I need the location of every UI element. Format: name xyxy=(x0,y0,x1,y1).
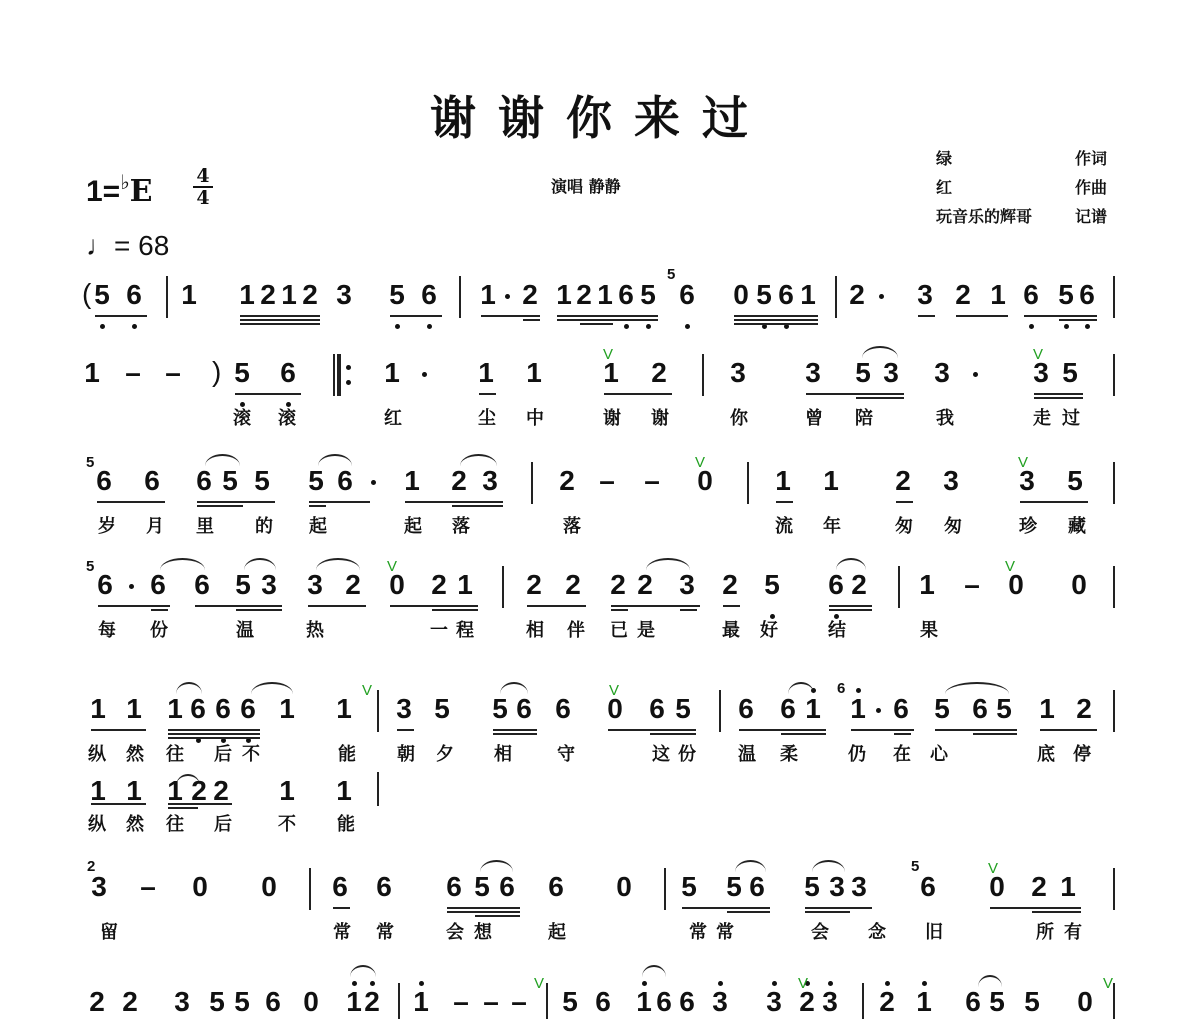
key-signature: 1=♭E xyxy=(86,170,153,209)
note: 5 xyxy=(762,570,782,600)
lyric-char: 守 xyxy=(557,740,575,766)
note: 2 xyxy=(1074,694,1094,724)
low-octave-dot xyxy=(427,324,432,329)
beam-underline xyxy=(397,729,414,731)
augmentation-dot xyxy=(876,708,881,713)
beam-underline xyxy=(475,915,520,917)
note: 6 xyxy=(736,694,756,724)
note: 6 xyxy=(278,358,298,388)
note: – xyxy=(597,466,617,496)
high-octave-dot xyxy=(642,981,647,986)
beam-underline xyxy=(168,733,260,735)
note: 3 xyxy=(820,987,840,1017)
beam-underline xyxy=(309,501,370,503)
grace-note: 5 xyxy=(86,454,94,471)
note: 5 xyxy=(490,694,510,724)
augmentation-dot xyxy=(879,294,884,299)
barline xyxy=(1113,354,1115,396)
note: 2 xyxy=(847,280,867,310)
beam-underline xyxy=(734,315,818,317)
note: 1 xyxy=(334,776,354,806)
lyric-char: 我 xyxy=(936,404,954,430)
note: 1 xyxy=(402,466,422,496)
note: 1 xyxy=(344,987,364,1017)
note: 2 xyxy=(211,776,231,806)
beam-underline xyxy=(240,315,320,317)
note: 1 xyxy=(279,280,299,310)
note: 6 xyxy=(142,466,162,496)
note: 5 xyxy=(638,280,658,310)
note: 6 xyxy=(891,694,911,724)
note: 5 xyxy=(853,358,873,388)
note: – xyxy=(451,987,471,1017)
note: 1 xyxy=(88,694,108,724)
note: 6 xyxy=(444,872,464,902)
note: 2 xyxy=(563,570,583,600)
lyric-char: 里 xyxy=(196,512,214,538)
quarter-note-icon: ♩ xyxy=(86,230,114,261)
high-octave-dot xyxy=(828,981,833,986)
note: 2 xyxy=(557,466,577,496)
note: 6 xyxy=(419,280,439,310)
close-parenthesis: ) xyxy=(212,356,221,388)
note: 5 xyxy=(92,280,112,310)
note: 1 xyxy=(124,694,144,724)
note: 6 xyxy=(238,694,258,724)
note: 6 xyxy=(1021,280,1041,310)
note: 6 xyxy=(188,694,208,724)
low-octave-dot xyxy=(624,324,629,329)
note: 5 xyxy=(673,694,693,724)
slur-arc xyxy=(978,975,1002,987)
beam-underline xyxy=(240,323,320,325)
breath-mark-icon: V xyxy=(609,682,619,699)
note: 2 xyxy=(877,987,897,1017)
lyric-char: 有 xyxy=(1064,918,1082,944)
note: 6 xyxy=(747,872,767,902)
note: 6 xyxy=(94,466,114,496)
lyric-char: 朝 xyxy=(397,740,415,766)
note: 3 xyxy=(932,358,952,388)
barline xyxy=(1113,868,1115,910)
beam-underline xyxy=(604,393,672,395)
note: – xyxy=(123,358,143,388)
beam-underline xyxy=(405,501,503,503)
slur-arc xyxy=(480,860,513,872)
beam-underline xyxy=(829,609,872,611)
lyric-char: 匆 xyxy=(944,512,962,538)
beam-underline xyxy=(168,807,198,809)
lyric-char: 落 xyxy=(452,512,470,538)
note: 1 xyxy=(455,570,475,600)
beam-underline xyxy=(956,315,1008,317)
note: 6 xyxy=(970,694,990,724)
beam-underline xyxy=(611,609,628,611)
lyric-char: 柔 xyxy=(780,740,798,766)
lyric-char: 旧 xyxy=(925,918,943,944)
note: 6 xyxy=(553,694,573,724)
note: 6 xyxy=(677,280,697,310)
high-octave-dot xyxy=(718,981,723,986)
beam-underline xyxy=(935,729,1017,731)
slur-arc xyxy=(460,454,497,466)
barline xyxy=(398,983,400,1019)
beam-underline xyxy=(990,907,1081,909)
note: 5 xyxy=(233,570,253,600)
lyric-char: 红 xyxy=(384,404,402,430)
breath-mark-icon: V xyxy=(1018,454,1028,471)
lyric-char: 所 xyxy=(1036,918,1054,944)
lyric-char: 底 xyxy=(1037,740,1055,766)
high-octave-dot xyxy=(885,981,890,986)
note: 6 xyxy=(778,694,798,724)
note: 6 xyxy=(918,872,938,902)
slur-arc xyxy=(350,965,376,977)
lyric-char: 温 xyxy=(236,616,254,642)
augmentation-dot xyxy=(129,584,134,589)
beam-underline xyxy=(98,605,170,607)
note: 5 xyxy=(1060,358,1080,388)
barline xyxy=(664,868,666,910)
beam-underline xyxy=(557,315,658,317)
note: 2 xyxy=(300,280,320,310)
low-octave-dot xyxy=(1029,324,1034,329)
note: 6 xyxy=(514,694,534,724)
note: – xyxy=(642,466,662,496)
note: 2 xyxy=(520,280,540,310)
note: 1 xyxy=(277,694,297,724)
beam-underline xyxy=(197,505,243,507)
note: 2 xyxy=(429,570,449,600)
lyric-char: 伴 xyxy=(567,616,585,642)
note: 5 xyxy=(994,694,1014,724)
note: 3 xyxy=(849,872,869,902)
note: 5 xyxy=(932,694,952,724)
lyric-char: 念 xyxy=(868,918,886,944)
note: 1 xyxy=(1037,694,1057,724)
note: 2 xyxy=(649,358,669,388)
lyric-char: 留 xyxy=(100,918,118,944)
high-octave-dot xyxy=(772,981,777,986)
note: 3 xyxy=(941,466,961,496)
note: 1 xyxy=(124,776,144,806)
lyric-char: 过 xyxy=(1062,404,1080,430)
beam-underline xyxy=(1059,319,1097,321)
beam-underline xyxy=(739,729,826,731)
lyric-char: 果 xyxy=(920,616,938,642)
note: – xyxy=(163,358,183,388)
note: 3 xyxy=(677,570,697,600)
high-octave-dot xyxy=(352,981,357,986)
barline xyxy=(1113,276,1115,318)
note: 3 xyxy=(881,358,901,388)
note: 1 xyxy=(165,694,185,724)
beam-underline xyxy=(452,505,503,507)
note: 6 xyxy=(1077,280,1097,310)
slur-arc xyxy=(318,454,352,466)
note: 1 xyxy=(554,280,574,310)
barline xyxy=(502,566,504,608)
note: 6 xyxy=(963,987,983,1017)
beam-underline xyxy=(557,319,658,321)
beam-underline xyxy=(481,315,540,317)
note: 2 xyxy=(189,776,209,806)
note: 3 xyxy=(803,358,823,388)
barline xyxy=(898,566,900,608)
beam-underline xyxy=(479,393,496,395)
beam-underline xyxy=(829,605,872,607)
lyric-char: 往 xyxy=(166,810,184,836)
lyric-char: 的 xyxy=(255,512,273,538)
lyric-char: 起 xyxy=(309,512,327,538)
slur-arc xyxy=(812,860,845,872)
grace-note: 5 xyxy=(86,558,94,575)
note: 5 xyxy=(232,358,252,388)
lyric-char: 常 xyxy=(333,918,351,944)
note: 6 xyxy=(593,987,613,1017)
note: 1 xyxy=(476,358,496,388)
note: – xyxy=(481,987,501,1017)
note: 1 xyxy=(277,776,297,806)
barline xyxy=(377,690,379,732)
breath-mark-icon: V xyxy=(1103,975,1113,992)
beam-underline xyxy=(608,729,696,731)
tempo-marking: ♩= 68 xyxy=(86,230,169,262)
beam-underline xyxy=(308,605,366,607)
lyric-char: 仍 xyxy=(848,740,866,766)
low-octave-dot xyxy=(1064,324,1069,329)
note: 0 xyxy=(301,987,321,1017)
beam-underline xyxy=(650,733,696,735)
barline xyxy=(377,772,379,806)
breath-mark-icon: V xyxy=(798,975,808,992)
lyric-char: 不 xyxy=(242,740,260,766)
lyric-char: 已 xyxy=(610,616,628,642)
beam-underline xyxy=(894,733,911,735)
lyric-char: 停 xyxy=(1073,740,1091,766)
time-signature-bottom: 4 xyxy=(192,188,214,208)
barline xyxy=(1113,983,1115,1019)
note: 2 xyxy=(849,570,869,600)
lyric-char: 后 xyxy=(214,740,232,766)
beam-underline xyxy=(235,393,301,395)
note: 3 xyxy=(827,872,847,902)
note: 6 xyxy=(677,987,697,1017)
lyric-char: 份 xyxy=(678,740,696,766)
lyric-char: 尘 xyxy=(478,404,496,430)
lyric-char: 年 xyxy=(823,512,841,538)
low-octave-dot xyxy=(100,324,105,329)
note: 5 xyxy=(724,872,744,902)
open-parenthesis: ( xyxy=(82,278,91,310)
note: 3 xyxy=(710,987,730,1017)
beam-underline xyxy=(723,605,740,607)
note: 5 xyxy=(679,872,699,902)
note: 6 xyxy=(374,872,394,902)
breath-mark-icon: V xyxy=(1005,558,1015,575)
note: 6 xyxy=(194,466,214,496)
key-prefix: 1= xyxy=(86,175,120,208)
flat-icon: ♭ xyxy=(120,170,129,194)
barline xyxy=(747,462,749,504)
slur-arc xyxy=(646,558,690,570)
breath-mark-icon: V xyxy=(603,346,613,363)
augmentation-dot xyxy=(505,294,510,299)
lyricist-role: 作词 xyxy=(1075,146,1107,169)
beam-underline xyxy=(91,803,146,805)
note: 5 xyxy=(306,466,326,496)
slur-arc xyxy=(205,454,240,466)
augmentation-dot xyxy=(371,480,376,485)
slur-arc xyxy=(160,558,205,570)
note: 5 xyxy=(220,466,240,496)
note: 1 xyxy=(179,280,199,310)
barline xyxy=(309,868,311,910)
note: 1 xyxy=(88,776,108,806)
note: 1 xyxy=(82,358,102,388)
beam-underline xyxy=(97,501,165,503)
note: 6 xyxy=(192,570,212,600)
barline xyxy=(835,276,837,318)
breath-mark-icon: V xyxy=(534,975,544,992)
barline xyxy=(719,690,721,732)
note: 6 xyxy=(776,280,796,310)
lyric-char: 会 xyxy=(446,918,464,944)
lyric-char: 流 xyxy=(775,512,793,538)
beam-underline xyxy=(776,501,793,503)
beam-underline xyxy=(682,907,770,909)
breath-mark-icon: V xyxy=(988,860,998,877)
barline xyxy=(1113,690,1115,732)
repeat-dot xyxy=(346,365,351,370)
note: 5 xyxy=(1056,280,1076,310)
low-octave-dot xyxy=(1085,324,1090,329)
note: 5 xyxy=(387,280,407,310)
key-note: E xyxy=(130,174,153,209)
lyric-char: 每 xyxy=(98,616,116,642)
lyric-char: 然 xyxy=(126,810,144,836)
barline xyxy=(862,983,864,1019)
slur-arc xyxy=(500,682,528,694)
note: 3 xyxy=(89,872,109,902)
lyric-char: 程 xyxy=(456,616,474,642)
slur-arc xyxy=(642,965,666,977)
barline xyxy=(166,276,168,318)
note: 2 xyxy=(608,570,628,600)
lyric-char: 夕 xyxy=(436,740,454,766)
note: 2 xyxy=(893,466,913,496)
note: 5 xyxy=(252,466,272,496)
barline xyxy=(546,983,548,1019)
lyric-char: 不 xyxy=(278,810,296,836)
lyric-char: 会 xyxy=(811,918,829,944)
repeat-dot xyxy=(346,380,351,385)
lyric-char: 热 xyxy=(306,616,324,642)
lyric-char: 这 xyxy=(652,740,670,766)
lyric-char: 落 xyxy=(563,512,581,538)
lyric-char: 最 xyxy=(722,616,740,642)
note: 2 xyxy=(87,987,107,1017)
lyric-char: 起 xyxy=(548,918,566,944)
note: 2 xyxy=(953,280,973,310)
beam-underline xyxy=(240,319,320,321)
beam-underline xyxy=(168,737,260,739)
lyricist-name: 绿 xyxy=(936,146,952,169)
beam-underline xyxy=(856,397,904,399)
beam-underline xyxy=(432,609,478,611)
note: 2 xyxy=(635,570,655,600)
beam-underline xyxy=(447,911,520,913)
high-octave-dot xyxy=(419,981,424,986)
note: 1 xyxy=(237,280,257,310)
barline xyxy=(1113,566,1115,608)
high-octave-dot xyxy=(370,981,375,986)
barline xyxy=(531,462,533,504)
note: 1 xyxy=(524,358,544,388)
lyric-char: 想 xyxy=(474,918,492,944)
note: 1 xyxy=(478,280,498,310)
note: 3 xyxy=(728,358,748,388)
lyric-char: 珍 xyxy=(1019,512,1037,538)
beam-underline xyxy=(333,907,350,909)
note: 3 xyxy=(915,280,935,310)
note: 2 xyxy=(524,570,544,600)
note: 1 xyxy=(803,694,823,724)
beam-underline xyxy=(236,609,282,611)
breath-mark-icon: V xyxy=(387,558,397,575)
note: 1 xyxy=(1058,872,1078,902)
beam-underline xyxy=(168,803,232,805)
note: 6 xyxy=(263,987,283,1017)
note: 6 xyxy=(826,570,846,600)
lyric-char: 中 xyxy=(526,404,544,430)
slur-arc xyxy=(836,558,866,570)
lyric-char: 相 xyxy=(526,616,544,642)
note: – xyxy=(962,570,982,600)
note: 2 xyxy=(1029,872,1049,902)
high-octave-dot xyxy=(856,688,861,693)
barline xyxy=(459,276,461,318)
lyric-char: 走 xyxy=(1033,404,1051,430)
lyric-char: 藏 xyxy=(1068,512,1086,538)
repeat-barline-thick xyxy=(337,354,341,396)
lyric-char: 陪 xyxy=(855,404,873,430)
lyric-char: 岁 xyxy=(98,512,116,538)
low-octave-dot xyxy=(395,324,400,329)
note: 1 xyxy=(821,466,841,496)
breath-mark-icon: V xyxy=(695,454,705,471)
augmentation-dot xyxy=(973,372,978,377)
note: 3 xyxy=(334,280,354,310)
lyric-char: 好 xyxy=(760,616,778,642)
lyric-char: 结 xyxy=(828,616,846,642)
lyric-char: 心 xyxy=(930,740,948,766)
note: 6 xyxy=(497,872,517,902)
lyric-char: 然 xyxy=(126,740,144,766)
slur-arc xyxy=(251,682,293,694)
lyric-char: 月 xyxy=(146,512,164,538)
beam-underline xyxy=(493,733,537,735)
beam-underline xyxy=(1034,397,1083,399)
low-octave-dot xyxy=(685,324,690,329)
note: 5 xyxy=(754,280,774,310)
low-octave-dot xyxy=(132,324,137,329)
beam-underline xyxy=(390,315,442,317)
grace-note: 6 xyxy=(837,680,845,697)
song-title: 谢谢你来过 xyxy=(0,82,1200,148)
beam-underline xyxy=(851,729,914,731)
lyric-char: 常 xyxy=(689,918,707,944)
